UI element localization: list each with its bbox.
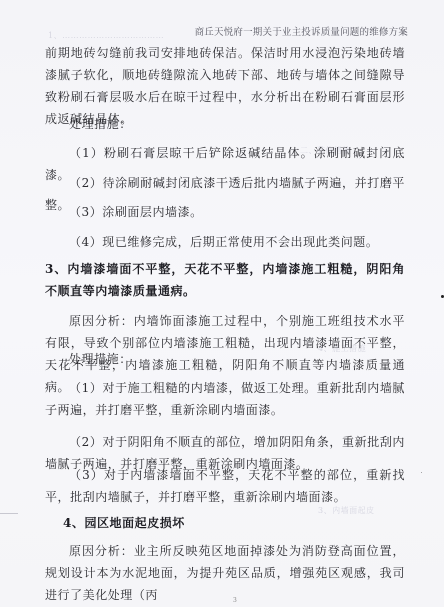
document-page: 1、……………………………… 二、装修措施 3、内墙面起皮 4、施工措施 商丘天… <box>0 0 444 607</box>
measure-item: （3）涂刷面层内墙漆。 <box>45 201 405 223</box>
measure-item: （1）对于施工粗糙的内墙漆，做返工处理。重新批刮内墙腻子两遍，并打磨平整，重新涂… <box>45 377 405 421</box>
section-heading: 4、园区地面起皮损坏 <box>63 512 423 534</box>
section-heading: 3、内墙漆墙面不平整，天花不平整，内墙漆施工粗糙，阴阳角不顺直等内墙漆质量通病。 <box>45 258 405 302</box>
measures-label: 处理措施： <box>45 348 405 370</box>
bleed-through-text: 1、……………………………… <box>48 30 164 41</box>
measures-label: 处理措施： <box>45 113 405 135</box>
measure-item: （3）对于内墙漆墙面不平整，天花不平整的部位，重新找平，批刮内墙腻子，并打磨平整… <box>45 464 405 508</box>
scan-speck <box>421 472 422 473</box>
cause-paragraph: 原因分析：业主所反映苑区地面掉漆处为消防登高面位置，规划设计本为水泥地面，为提升… <box>45 540 405 606</box>
measure-item: （4）现已维修完成，后期正常使用不会出现此类问题。 <box>45 231 405 253</box>
margin-line <box>0 513 18 514</box>
page-number: 3 <box>233 597 237 604</box>
page-header: 商丘天悦府一期关于业主投诉质量问题的维修方案 <box>195 24 408 38</box>
